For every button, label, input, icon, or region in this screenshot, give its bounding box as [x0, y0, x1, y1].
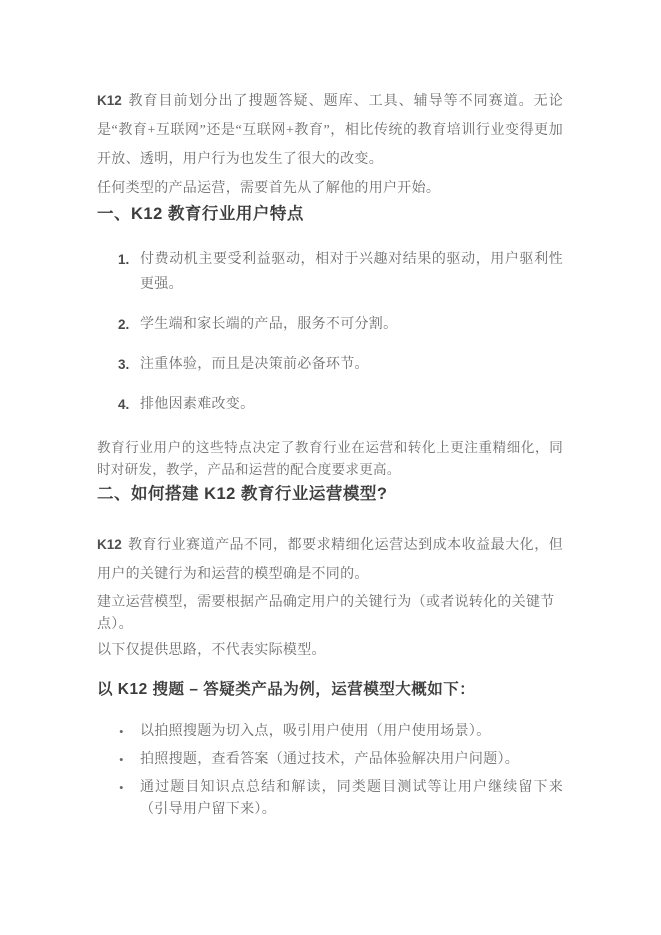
model-bullet-list: 以拍照搜题为切入点，吸引用户使用（用户使用场景）。 拍照搜题，查看答案（通过技术… [97, 721, 563, 821]
section1-summary: 教育行业用户的这些特点决定了教育行业在运营和转化上更注重精细化，同时对研发，教学… [97, 437, 563, 481]
section2-paragraph-1-text: 教育行业赛道产品不同，都要求精细化运营达到成本收益最大化，但用户的关键行为和运营… [97, 538, 563, 582]
user-traits-list: 付费动机主要受利益驱动，相对于兴趣对结果的驱动，用户驱利性更强。 学生端和家长端… [97, 247, 563, 417]
section2-heading: 二、如何搭建 K12 教育行业运营模型? [97, 481, 563, 507]
list-item: 通过题目知识点总结和解读，同类题目测试等让用户继续留下来（引导用户留下来）。 [140, 777, 563, 821]
k12-lead: K12 [97, 93, 122, 108]
intro-paragraph-1: K12教育目前划分出了搜题答疑、题库、工具、辅导等不同赛道。无论是“教育+互联网… [97, 86, 563, 174]
model-subheading: 以 K12 搜题 – 答疑类产品为例，运营模型大概如下： [97, 678, 563, 702]
document-page: K12教育目前划分出了搜题答疑、题库、工具、辅导等不同赛道。无论是“教育+互联网… [0, 0, 661, 935]
intro-paragraph-2: 任何类型的产品运营，需要首先从了解他的用户开始。 [97, 177, 563, 201]
k12-lead: K12 [97, 537, 122, 552]
list-item: 注重体验，而且是决策前必备环节。 [140, 352, 563, 377]
section2-paragraph-1: K12教育行业赛道产品不同，都要求精细化运营达到成本收益最大化，但用户的关键行为… [97, 530, 563, 589]
list-item: 拍照搜题，查看答案（通过技术，产品体验解决用户问题）。 [140, 749, 563, 771]
intro-paragraph-1-text: 教育目前划分出了搜题答疑、题库、工具、辅导等不同赛道。无论是“教育+互联网”还是… [97, 94, 563, 167]
section2-paragraph-2: 建立运营模型，需要根据产品确定用户的关键行为（或者说转化的关键节 点）。 [97, 592, 563, 636]
list-item: 以拍照搜题为切入点，吸引用户使用（用户使用场景）。 [140, 721, 563, 743]
section2-paragraph-3: 以下仅提供思路，不代表实际模型。 [97, 640, 563, 662]
section1-heading: 一、K12 教育行业用户特点 [97, 201, 563, 227]
list-item: 付费动机主要受利益驱动，相对于兴趣对结果的驱动，用户驱利性更强。 [140, 247, 563, 297]
list-item: 学生端和家长端的产品，服务不可分割。 [140, 312, 563, 337]
list-item: 排他因素难改变。 [140, 392, 563, 417]
